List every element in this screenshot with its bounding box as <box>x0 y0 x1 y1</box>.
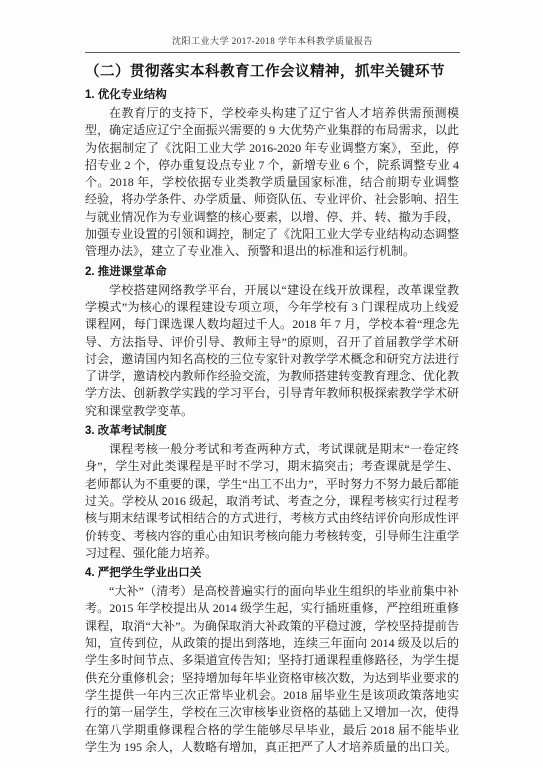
subsection-heading-4: 4. 严把学生学业出口关 <box>85 566 459 580</box>
subsection-paragraph-4: “大补”（清考）是高校普遍实行的面向毕业生组织的毕业前集中补考。2015 年学校… <box>85 583 459 756</box>
document-body: （二）贯彻落实本科教育工作会议精神，抓牢关键环节 1. 优化专业结构 在教育厅的… <box>85 62 459 756</box>
subsection-paragraph-2: 学校搭建网络教学平台，开展以“建设在线开放课程，改革课堂教学模式”为核心的课程建… <box>85 282 459 420</box>
subsection-heading-3: 3. 改革考试制度 <box>85 424 459 438</box>
subsection-heading-1: 1. 优化专业结构 <box>85 88 459 102</box>
subsection-heading-2: 2. 推进课堂革命 <box>85 265 459 279</box>
subsection-paragraph-1: 在教育厅的支持下，学校牵头构建了辽宁省人才培养供需预测模型，确定适应辽宁全面振兴… <box>85 105 459 261</box>
document-page: 沈阳工业大学 2017-2018 学年本科教学质量报告 （二）贯彻落实本科教育工… <box>0 0 543 768</box>
page-number: 2 <box>85 709 459 719</box>
section-title: （二）贯彻落实本科教育工作会议精神，抓牢关键环节 <box>85 62 459 82</box>
subsection-paragraph-3: 课程考核一般分考试和考查两种方式，考试课就是期末“一卷定终身”，学生对此类课程是… <box>85 441 459 562</box>
running-header: 沈阳工业大学 2017-2018 学年本科教学质量报告 <box>85 34 460 53</box>
